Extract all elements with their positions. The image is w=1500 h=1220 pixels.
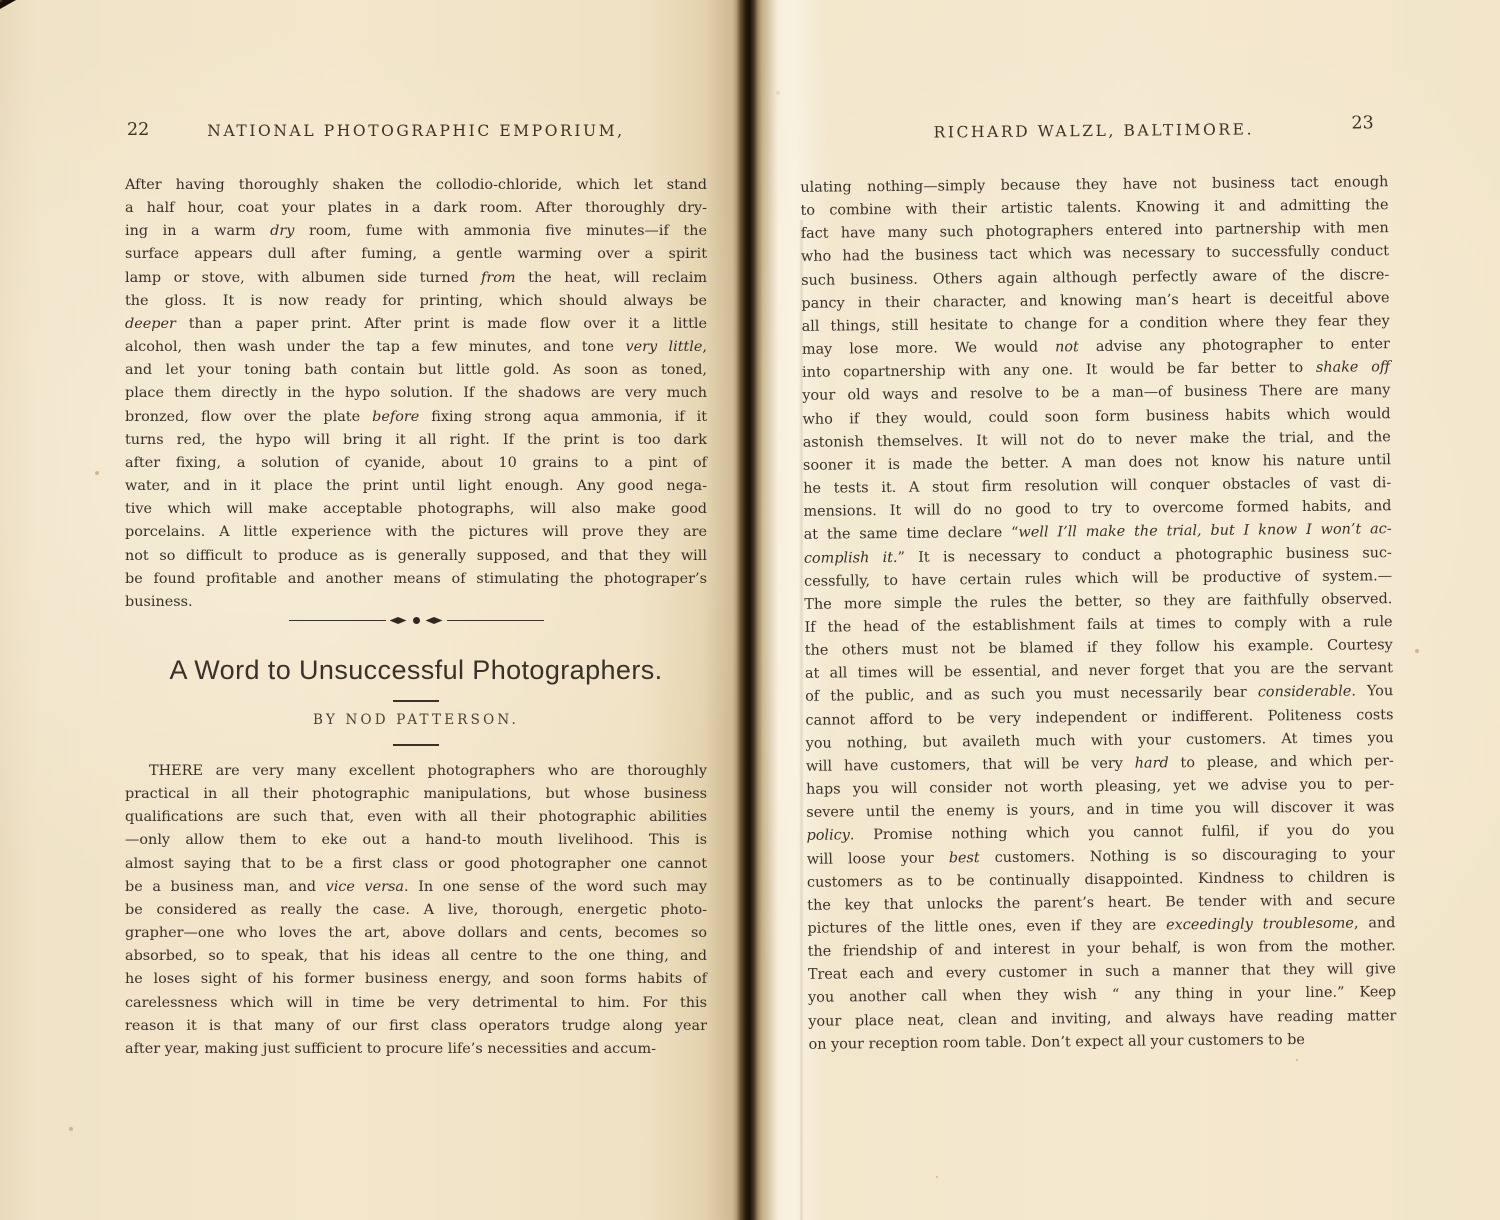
divider-diamond-icon [390, 617, 407, 624]
divider-dot-icon [413, 617, 420, 624]
text-line: a half hour, coat your plates in a dark … [125, 197, 707, 220]
paper-specks [0, 0, 2, 2]
text-line: qualifications are such that, even with … [125, 806, 707, 829]
text-line: THERE are very many excellent photograph… [125, 760, 707, 783]
divider-rule-left [289, 620, 386, 622]
text-line: alcohol, then wash under the tap a few m… [125, 336, 707, 359]
text-line: water, and in it place the print until l… [125, 475, 707, 498]
left-paragraph-article: THERE are very many excellent photograph… [125, 760, 707, 1061]
right-paragraph-article-continued: ulating nothing—simply because they have… [800, 171, 1396, 1057]
title-rule [393, 700, 439, 702]
text-line: almost saying that to be a first class o… [125, 853, 707, 876]
scan-corner-shadow [0, 0, 16, 9]
text-line: and let your toning bath contain but lit… [125, 359, 707, 382]
text-line: not so difficult to produce as is genera… [125, 545, 707, 568]
text-line: be found profitable and another means of… [125, 568, 707, 591]
text-line: After having thoroughly shaken the collo… [125, 174, 707, 197]
text-line: be considered as really the case. A live… [125, 899, 707, 922]
text-line: be a business man, and vice versa. In on… [125, 876, 707, 899]
left-running-header-text: NATIONAL PHOTOGRAPHIC EMPORIUM, [207, 122, 624, 140]
left-paragraph-collodio-chloride: After having thoroughly shaken the collo… [125, 174, 707, 614]
text-line: practical in all their photographic mani… [125, 783, 707, 806]
text-line: absorbed, so to speak, that his ideas al… [125, 945, 707, 968]
text-line: turns red, the hypo will bring it all ri… [125, 429, 707, 452]
text-line: carelessness which will in time be very … [125, 992, 707, 1015]
divider-diamond-icon [426, 617, 443, 624]
right-page-number: 23 [1351, 113, 1373, 133]
left-page-number: 22 [127, 120, 149, 140]
byline-rule [393, 744, 439, 746]
book-spread-scan: 22 NATIONAL PHOTOGRAPHIC EMPORIUM, After… [0, 0, 1500, 1220]
text-line: reason it is that many of our first clas… [125, 1015, 707, 1038]
article-title: A Word to Unsuccessful Photographers. [125, 655, 707, 686]
text-line: bronzed, flow over the plate before fixi… [125, 406, 707, 429]
text-line: lamp or stove, with albumen side turned … [125, 267, 707, 290]
text-line: business. [125, 591, 707, 614]
text-line: after year, making just sufficient to pr… [125, 1038, 707, 1061]
text-line: the gloss. It is now ready for printing,… [125, 290, 707, 313]
article-byline: BY NOD PATTERSON. [125, 712, 707, 728]
text-line: he loses sight of his former business en… [125, 968, 707, 991]
right-running-header-text: RICHARD WALZL, BALTIMORE. [933, 120, 1254, 141]
text-line: deeper than a paper print. After print i… [125, 313, 707, 336]
text-line: surface appears dull after fuming, a gen… [125, 243, 707, 266]
text-line: after fixing, a solution of cyanide, abo… [125, 452, 707, 475]
section-divider-ornament [125, 617, 707, 624]
text-line: porcelains. A little experience with the… [125, 521, 707, 544]
divider-rule-right [447, 620, 544, 622]
text-line: grapher—one who loves the art, above dol… [125, 922, 707, 945]
text-line: tive which will make acceptable photogra… [125, 498, 707, 521]
book-gutter [736, 0, 762, 1220]
text-line: place them directly in the hypo solution… [125, 382, 707, 405]
text-line: ing in a warm dry room, fume with ammoni… [125, 220, 707, 243]
left-running-header: 22 NATIONAL PHOTOGRAPHIC EMPORIUM, [125, 122, 707, 146]
text-line: —only allow them to eke out a hand-to mo… [125, 829, 707, 852]
